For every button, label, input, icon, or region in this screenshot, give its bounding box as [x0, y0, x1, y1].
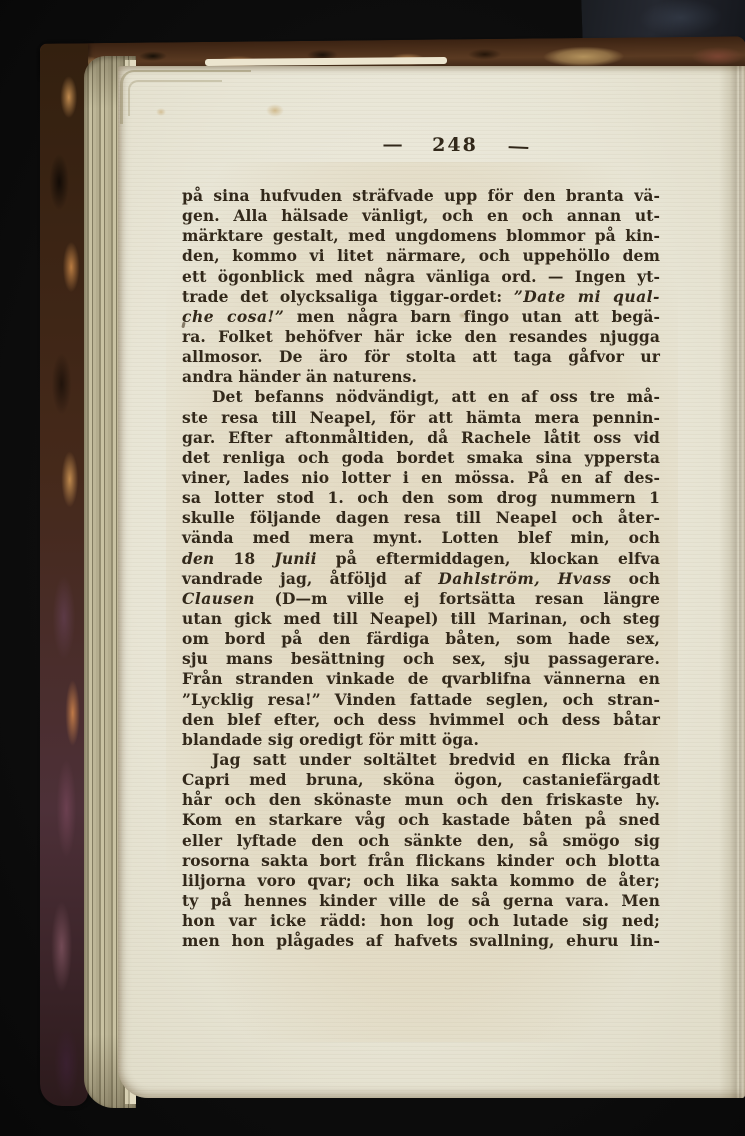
text-line: på sina hufvuden sträfvade upp för den b… [182, 186, 660, 206]
text-line: vandrade jag, åtföljd af Dahlström, Hvas… [182, 569, 660, 589]
text-line: rosorna sakta bort från flickans kinder … [182, 851, 660, 871]
fox-stain [266, 104, 284, 117]
text-line: Kom en starkare våg och kastade båten på… [182, 810, 660, 830]
text-block: på sina hufvuden sträfvade upp för den b… [182, 186, 660, 951]
text-line: gar. Efter aftonmåltiden, då Rachele låt… [182, 428, 660, 448]
text-line: märktare gestalt, med ungdomens blommor … [182, 226, 660, 246]
header-dash-right: — [507, 137, 529, 158]
text-line: ra. Folket behöfver här icke den resande… [182, 327, 660, 347]
text-line: hår och den skönaste mun och den friskas… [182, 790, 660, 810]
text-line: den blef efter, och dess hvimmel och des… [182, 710, 660, 730]
text-line: blandade sig oredigt för mitt öga. [182, 730, 660, 750]
book-page: — 248 — på sina hufvuden sträfvade upp f… [118, 66, 745, 1098]
text-line: den, kommo vi litet närmare, och uppehöl… [182, 246, 660, 266]
text-line: ste resa till Neapel, för att hämta mera… [182, 408, 660, 428]
text-line: skulle följande dagen resa till Neapel o… [182, 508, 660, 528]
header-dash-left: — [383, 135, 402, 155]
text-line: sju mans besättning och sex, sju passage… [182, 649, 660, 669]
text-line: Capri med bruna, sköna ögon, castaniefär… [182, 770, 660, 790]
text-line: allmosor. De äro för stolta att taga gåf… [182, 347, 660, 367]
under-page-corner-step [120, 70, 251, 124]
photo-background: — 248 — på sina hufvuden sträfvade upp f… [0, 0, 745, 1136]
text-line: ”Lycklig resa!” Vinden fattade seglen, o… [182, 690, 660, 710]
book-cover-spine-edge [40, 44, 88, 1106]
text-line: ty på hennes kinder ville de så gerna va… [182, 891, 660, 911]
text-line: viner, lades nio lotter i en mössa. På e… [182, 468, 660, 488]
text-line: men hon plågades af hafvets svallning, e… [182, 931, 660, 951]
text-line: vända med mera mynt. Lotten blef min, oc… [182, 528, 660, 548]
page-header: — 248 — [216, 134, 694, 156]
text-line: om bord på den färdiga båten, som hade s… [182, 629, 660, 649]
text-line: hon var icke rädd: hon log och lutade si… [182, 911, 660, 931]
text-line: utan gick med till Neapel) till Marinan,… [182, 609, 660, 629]
fox-stain [156, 108, 166, 116]
text-line: che cosa!” men några barn fingo utan att… [182, 307, 660, 327]
text-line: gen. Alla hälsade vänligt, och en och an… [182, 206, 660, 226]
text-line: trade det olycksaliga tiggar-ordet: ”Dat… [182, 287, 660, 307]
text-line: Det befanns nödvändigt, att en af oss tr… [182, 387, 660, 407]
text-line: andra händer än naturens. [182, 367, 660, 387]
text-line: den 18 Junii på eftermiddagen, klockan e… [182, 549, 660, 569]
page-curl-shading [719, 66, 745, 1098]
text-line: Jag satt under soltältet bredvid en flic… [182, 750, 660, 770]
text-line: liljorna voro qvar; och lika sakta kommo… [182, 871, 660, 891]
text-line: eller lyftade den och sänkte den, så smö… [182, 831, 660, 851]
text-line: ett ögonblick med några vänliga ord. — I… [182, 267, 660, 287]
page-number: 248 [432, 134, 478, 156]
under-page-corner-step [128, 80, 222, 116]
text-line: Clausen (D—m ville ej fortsätta resan lä… [182, 589, 660, 609]
text-line: sa lotter stod 1. och den som drog numme… [182, 488, 660, 508]
text-line: det renliga och goda bordet smaka sina y… [182, 448, 660, 468]
text-line: Från stranden vinkade de qvarblifna vänn… [182, 669, 660, 689]
